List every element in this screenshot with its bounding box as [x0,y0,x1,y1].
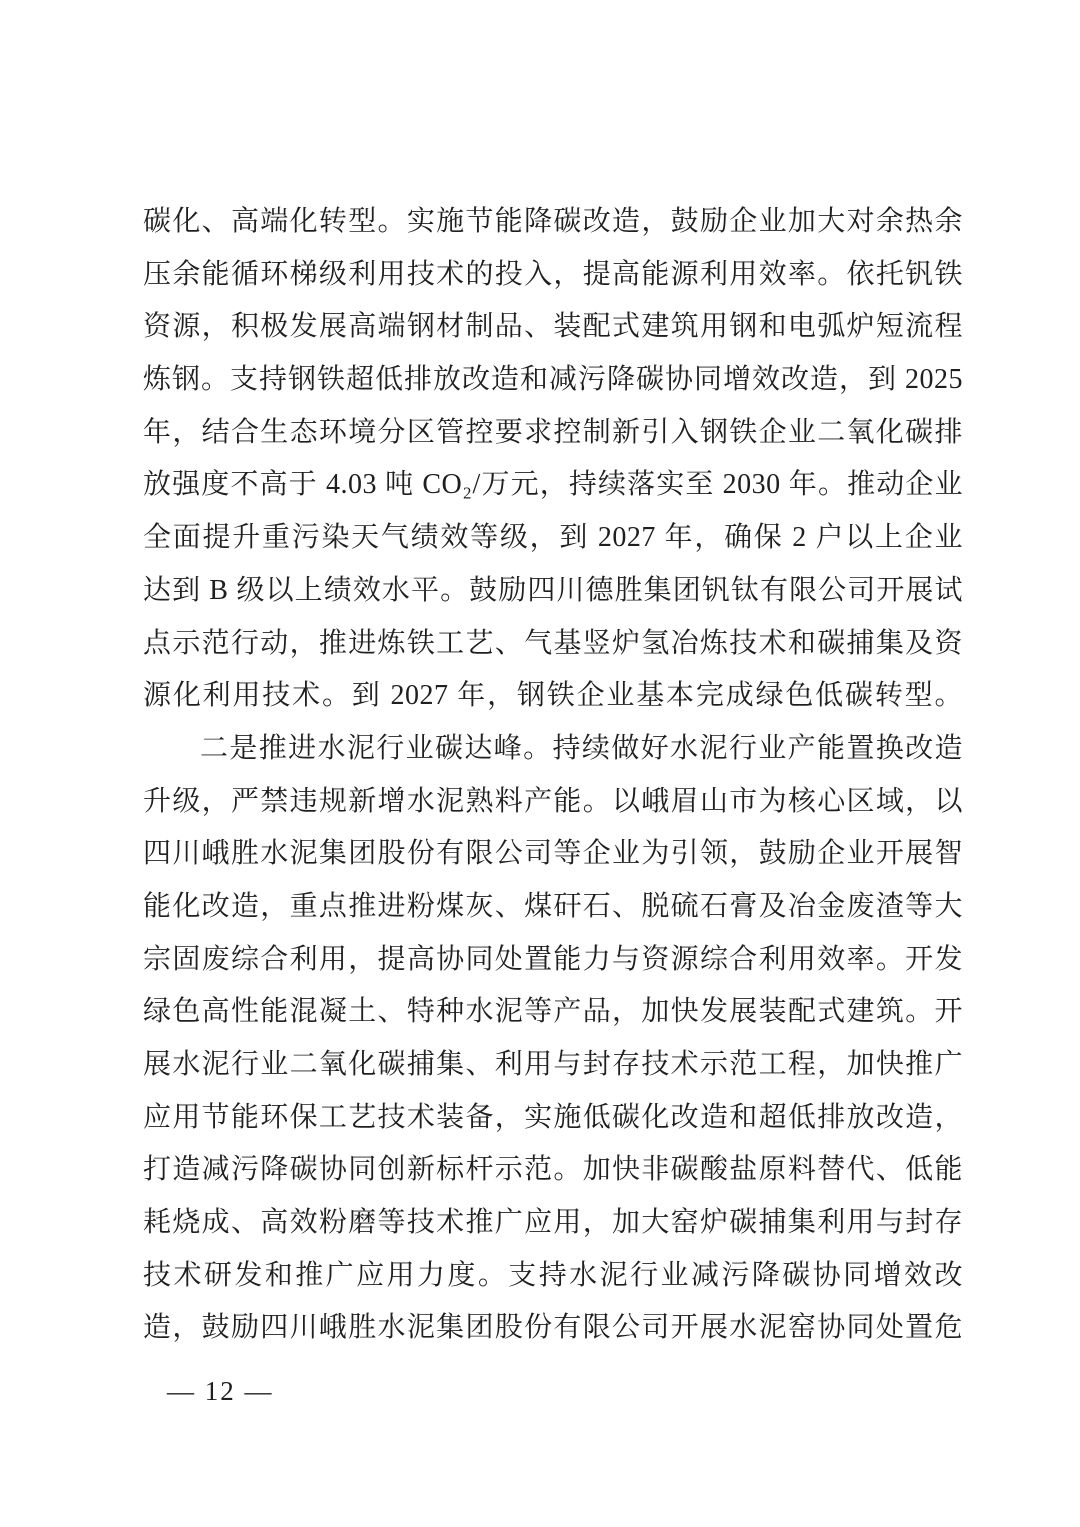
page-number: — 12 — [167,1376,274,1406]
text-line: 造，鼓励四川峨胜水泥集团股份有限公司开展水泥窑协同处置危 [143,1302,963,1355]
text-line: 点示范行动，推进炼铁工艺、气基竖炉氢冶炼技术和碳捕集及资 [143,618,963,671]
text-line: 炼钢。支持钢铁超低排放改造和减污降碳协同增效改造，到 2025 [143,354,963,407]
text-line: 达到 B 级以上绩效水平。鼓励四川德胜集团钒钛有限公司开展试 [143,565,963,618]
text-line: 升级，严禁违规新增水泥熟料产能。以峨眉山市为核心区域，以 [143,776,963,829]
text-line: 打造减污降碳协同创新标杆示范。加快非碳酸盐原料替代、低能 [143,1144,963,1197]
text-line: 碳化、高端化转型。实施节能降碳改造，鼓励企业加大对余热余 [143,196,963,249]
text-line: 年，结合生态环境分区管控要求控制新引入钢铁企业二氧化碳排 [143,407,963,460]
text-line: 四川峨胜水泥集团股份有限公司等企业为引领，鼓励企业开展智 [143,828,963,881]
text-line: 展水泥行业二氧化碳捕集、利用与封存技术示范工程，加快推广 [143,1039,963,1092]
text-line: 应用节能环保工艺技术装备，实施低碳化改造和超低排放改造， [143,1092,963,1145]
text-line: 全面提升重污染天气绩效等级，到 2027 年，确保 2 户以上企业 [143,512,963,565]
text-line: 放强度不高于 4.03 吨 CO₂/万元，持续落实至 2030 年。推动企业 [143,459,963,512]
text-line: 二是推进水泥行业碳达峰。持续做好水泥行业产能置换改造 [143,723,963,776]
text-line: 压余能循环梯级利用技术的投入，提高能源利用效率。依托钒铁 [143,249,963,302]
text-line: 宗固废综合利用，提高协同处置能力与资源综合利用效率。开发 [143,934,963,987]
text-line: 源化利用技术。到 2027 年，钢铁企业基本完成绿色低碳转型。 [143,670,963,723]
text-line: 资源，积极发展高端钢材制品、装配式建筑用钢和电弧炉短流程 [143,301,963,354]
page-footer: — 12 — [167,1374,274,1408]
text-line: 耗烧成、高效粉磨等技术推广应用，加大窑炉碳捕集利用与封存 [143,1197,963,1250]
document-page: 碳化、高端化转型。实施节能降碳改造，鼓励企业加大对余热余压余能循环梯级利用技术的… [0,0,1080,1527]
text-line: 绿色高性能混凝土、特种水泥等产品，加快发展装配式建筑。开 [143,986,963,1039]
text-line: 能化改造，重点推进粉煤灰、煤矸石、脱硫石膏及冶金废渣等大 [143,881,963,934]
document-body: 碳化、高端化转型。实施节能降碳改造，鼓励企业加大对余热余压余能循环梯级利用技术的… [143,196,963,1355]
text-line: 技术研发和推广应用力度。支持水泥行业减污降碳协同增效改 [143,1250,963,1303]
